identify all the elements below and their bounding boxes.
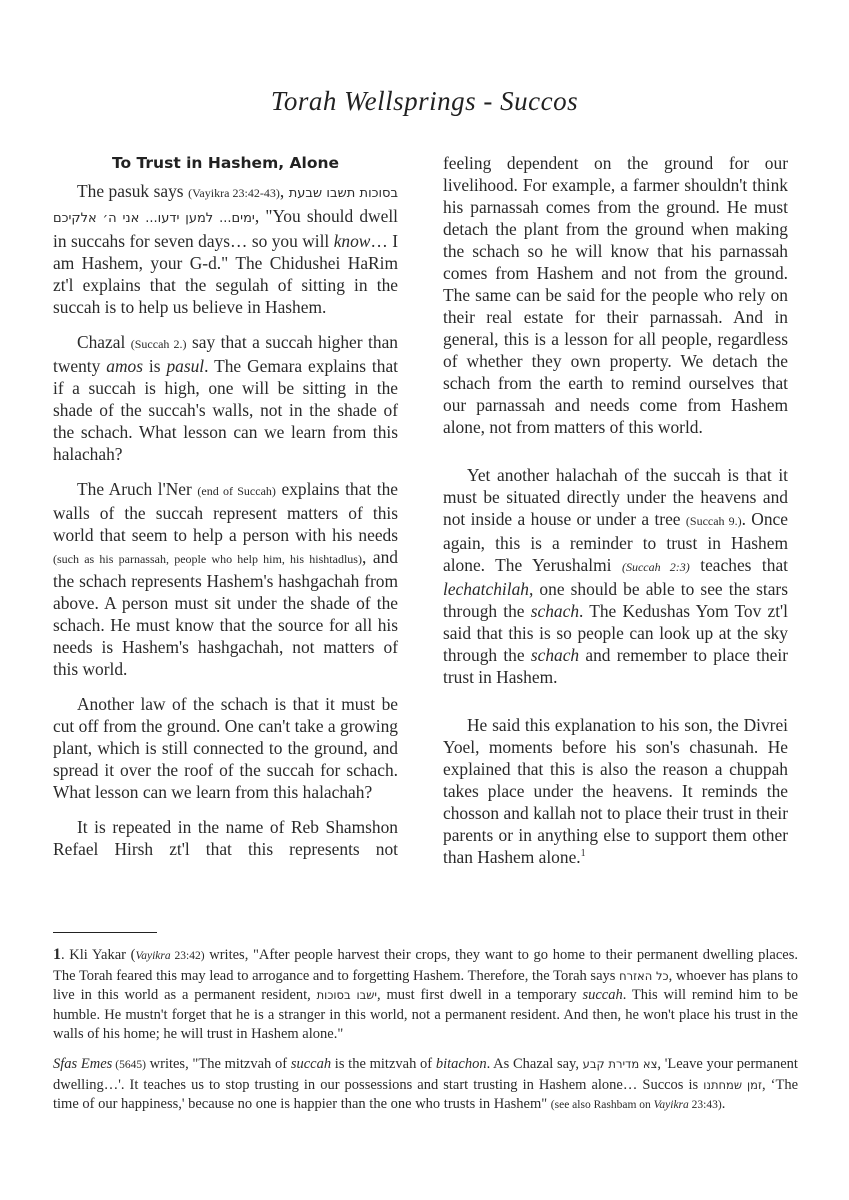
text: . [722, 1096, 726, 1112]
source-citation: Vayikra [135, 950, 170, 962]
paragraph-heavens: Yet another halachah of the succah is th… [443, 464, 788, 688]
emphasis: schach [531, 601, 579, 621]
hebrew-quote: צא מדירת קבע [583, 1057, 658, 1071]
emphasis: schach [531, 645, 579, 665]
paragraph-another-law: Another law of the schach is that it mus… [53, 693, 398, 803]
text: is [143, 356, 166, 376]
spacer [443, 701, 788, 714]
hebrew-quote: ישבו בסוכות [317, 988, 377, 1002]
source-citation: Vayikra [654, 1099, 689, 1111]
text: Chazal [77, 332, 131, 352]
text: , must first dwell in a temporary [377, 987, 582, 1003]
paragraph-reb-shamshon-cont: feeling dependent on the ground for our … [443, 152, 788, 438]
footnote-number: 1 [53, 946, 61, 963]
emphasis: succah [582, 987, 622, 1003]
left-column: To Trust in Hashem, Alone The pasuk says… [53, 152, 398, 873]
section-heading: To Trust in Hashem, Alone [53, 152, 398, 174]
paragraph-chazal: Chazal (Succah 2.) say that a succah hig… [53, 331, 398, 465]
emphasis: amos [106, 356, 143, 376]
emphasis: know [334, 231, 371, 251]
text: is the mitzvah of [331, 1056, 436, 1072]
page-title: Torah Wellsprings - Succos [0, 86, 849, 117]
text: writes, "The mitzvah of [146, 1056, 291, 1072]
text: He said this explanation to his son, the… [443, 715, 788, 867]
paragraph-aruch-lner: The Aruch l'Ner (end of Succah) explains… [53, 478, 398, 680]
text: . As Chazal say, [487, 1056, 583, 1072]
text: teaches that [690, 555, 788, 575]
emphasis: lechatchilah, [443, 579, 533, 599]
text: The pasuk says [77, 181, 188, 201]
footnote-reference[interactable]: 1 [581, 848, 586, 859]
emphasis: bitachon [436, 1056, 487, 1072]
hebrew-quote: כל האזרח [619, 969, 669, 983]
footnote-1: 1. Kli Yakar (Vayikra 23:42) writes, "Af… [53, 945, 798, 1045]
emphasis: succah [291, 1056, 331, 1072]
source-citation: (see also Rashbam on [551, 1099, 654, 1111]
source-citation: (Succah 9.) [686, 514, 742, 528]
footnote-1-sfas-emes: Sfas Emes (5645) writes, "The mitzvah of… [53, 1055, 798, 1116]
text: . Kli Yakar ( [61, 947, 135, 963]
text: , [280, 181, 289, 201]
spacer [443, 451, 788, 464]
paragraph-pasuk: The pasuk says (Vayikra 23:42-43), בסוכו… [53, 180, 398, 318]
source-citation: (end of Succah) [197, 484, 276, 498]
emphasis: Sfas Emes [53, 1056, 112, 1072]
source-citation: 23:43) [689, 1099, 722, 1111]
source-citation: 23:42) [171, 950, 205, 962]
source-citation: (Vayikra 23:42-43) [188, 186, 280, 200]
paragraph-reb-shamshon-start: It is repeated in the name of Reb Shamsh… [53, 816, 398, 860]
hebrew-quote: זמן שמחתנו [703, 1078, 762, 1092]
source-citation: (Succah 2:3) [622, 560, 690, 574]
text: , and the schach represents Hashem's has… [53, 547, 398, 679]
right-column: feeling dependent on the ground for our … [443, 152, 788, 881]
parenthetical-note: (such as his parnassah, people who help … [53, 552, 362, 566]
footnote-divider [53, 932, 157, 933]
paragraph-divrei-yoel: He said this explanation to his son, the… [443, 714, 788, 868]
footnotes: 1. Kli Yakar (Vayikra 23:42) writes, "Af… [53, 945, 798, 1126]
source-citation: (Succah 2.) [131, 337, 187, 351]
source-citation: (5645) [112, 1059, 146, 1071]
text: The Aruch l'Ner [77, 479, 197, 499]
emphasis: pasul [166, 356, 204, 376]
